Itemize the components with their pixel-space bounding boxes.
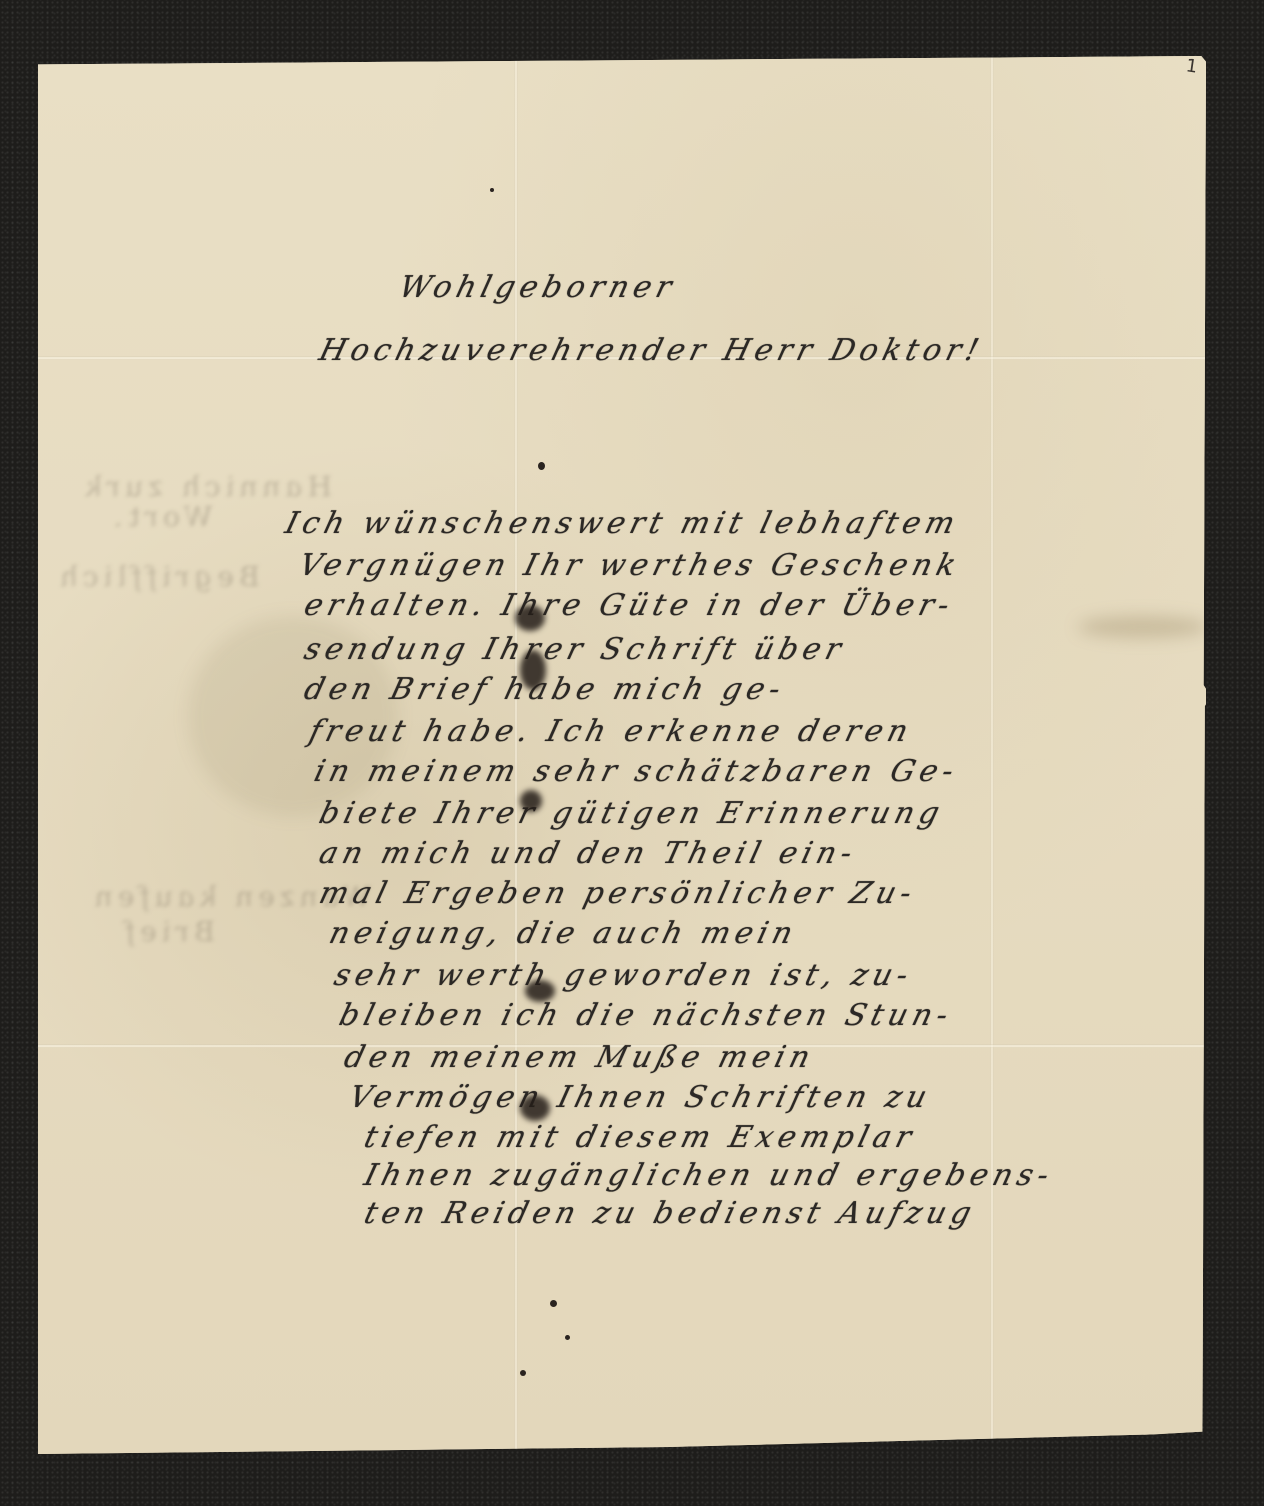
ink-blot — [525, 980, 555, 1002]
body-line: freut habe. Ich erkenne deren — [306, 714, 917, 749]
body-line: sehr werth geworden ist, zu- — [331, 958, 917, 993]
salutation-line-1: Wohlgeborner — [396, 270, 680, 305]
body-line: sendung Ihrer Schrift über — [301, 632, 850, 667]
body-line: in meinem sehr schätzbaren Ge- — [311, 754, 963, 789]
body-line: ten Reiden zu bedienst Aufzug — [361, 1196, 980, 1231]
body-line: den meinem Muße mein — [341, 1040, 819, 1075]
ink-blot — [520, 790, 542, 812]
ink-blot — [515, 605, 545, 631]
body-line: Ich wünschenswert mit lebhaftem — [282, 506, 964, 541]
body-line: mal Ergeben persönlicher Zu- — [316, 876, 921, 911]
body-line: Vermögen Ihnen Schriften zu — [346, 1080, 936, 1115]
body-line: tiefen mit diesem Exemplar — [361, 1120, 920, 1155]
bleed-through-text: Hannich zurk — [77, 470, 335, 503]
salutation-line-2: Hochzuverehrender Herr Doktor! — [316, 333, 988, 368]
body-line: erhalten. Ihre Güte in der Über- — [301, 588, 958, 623]
ink-blot — [520, 650, 546, 690]
ink-blot — [520, 1095, 550, 1121]
ink-dot — [490, 188, 494, 192]
bleed-through-text: Brief — [117, 915, 218, 948]
ink-dot — [550, 1300, 557, 1307]
body-line: bleiben ich die nächsten Stun- — [336, 998, 957, 1033]
ink-dot — [538, 462, 545, 470]
body-line: neigung, die auch mein — [326, 916, 802, 951]
body-line: an mich und den Theil ein- — [316, 836, 861, 871]
ink-dot — [520, 1370, 526, 1376]
vertical-fold-line-right — [990, 56, 994, 1454]
ink-dot — [565, 1335, 570, 1340]
edge-stain — [1078, 616, 1208, 638]
bleed-through-text: Begrifflich — [52, 560, 263, 593]
bleed-through-text: Wort. — [107, 500, 215, 533]
body-line: Ihnen zugänglichen und ergebens- — [361, 1158, 1058, 1193]
body-line: biete Ihrer gütigen Erinnerung — [316, 796, 948, 831]
body-line: Vergnügen Ihr werthes Geschenk — [296, 548, 965, 583]
